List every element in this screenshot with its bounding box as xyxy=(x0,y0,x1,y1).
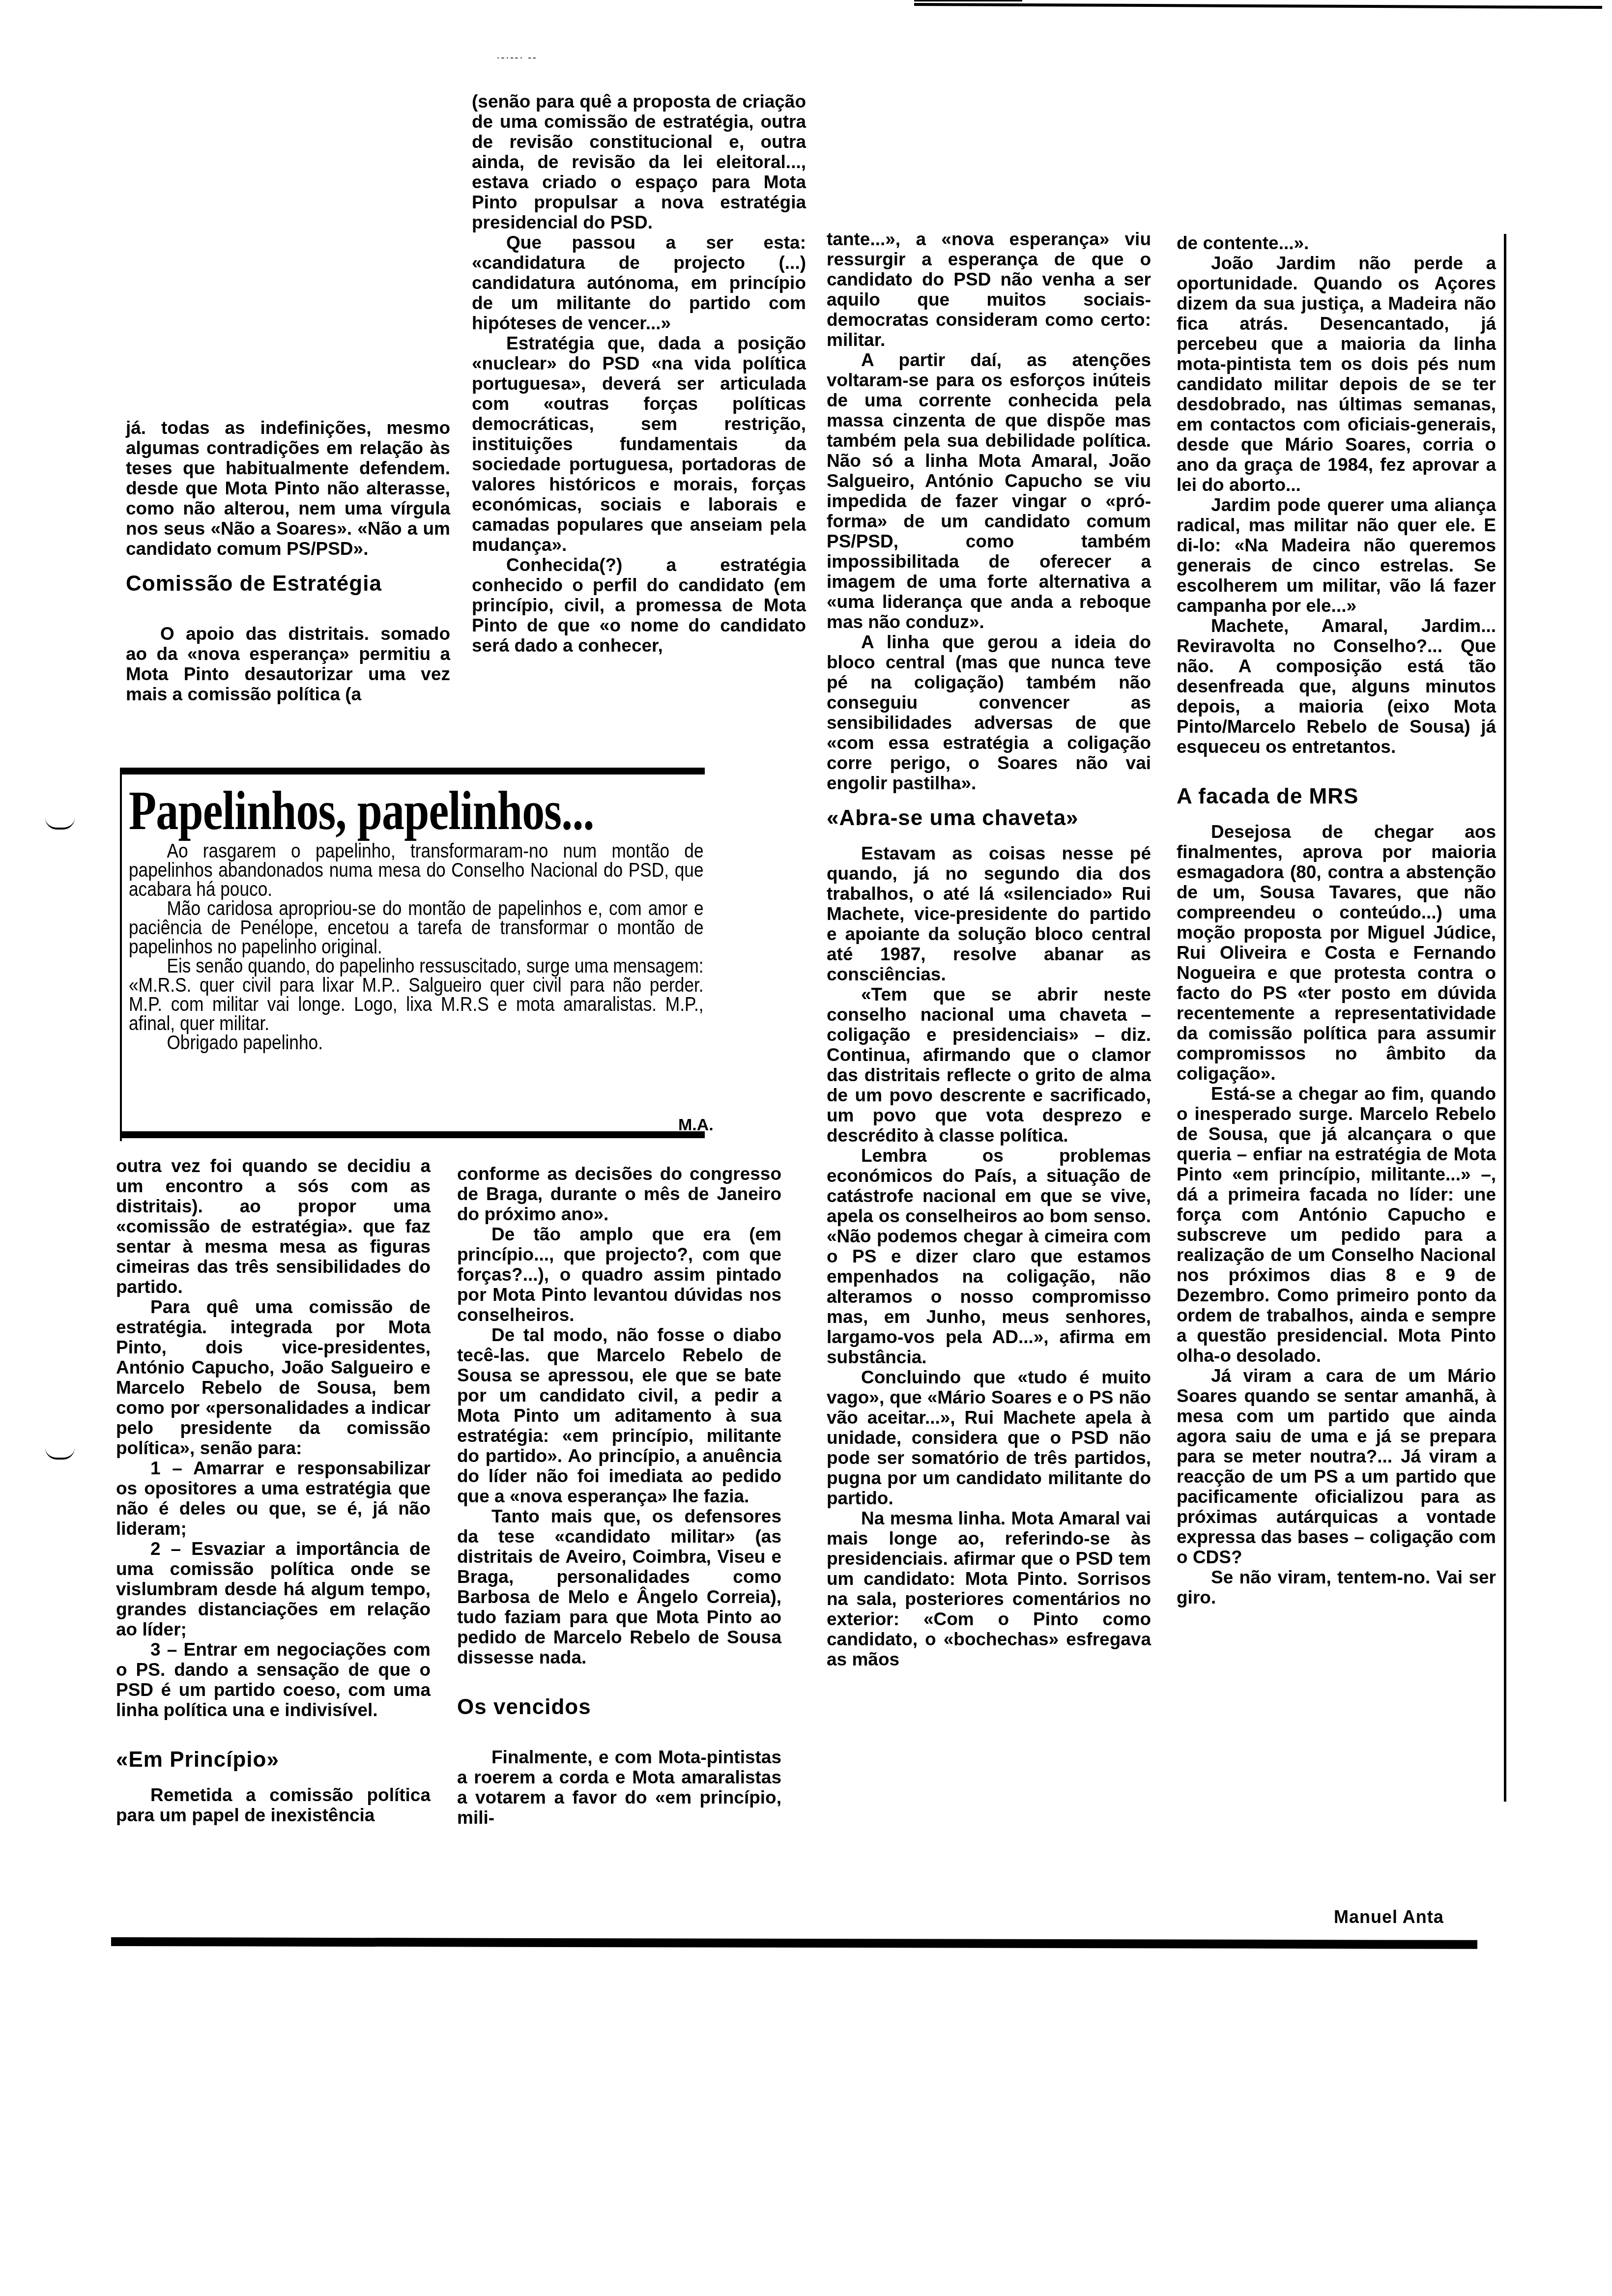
body-paragraph: Desejosa de chegar aos finalmentes, apro… xyxy=(1177,822,1496,1084)
list-item: 1 – Amarrar e responsabilizar os oposito… xyxy=(116,1458,431,1539)
body-paragraph: De tão amplo que era (em princípio..., q… xyxy=(457,1224,781,1325)
body-paragraph: já. todas as indefinições, mesmo algumas… xyxy=(126,418,450,559)
box-paragraph: Mão caridosa apropriou-se do montão de p… xyxy=(129,899,704,956)
body-paragraph: Machete, Amaral, Jardim... Reviravolta n… xyxy=(1177,616,1496,757)
body-paragraph: (senão para quê a proposta de criação de… xyxy=(472,91,806,232)
scan-bracket-mark xyxy=(45,818,75,830)
column-2-bottom: conforme as decisões do congresso de Bra… xyxy=(457,1164,781,1828)
box-bottom-rule xyxy=(120,1131,705,1138)
body-paragraph: outra vez foi quando se decidiu a um enc… xyxy=(116,1156,431,1297)
author-signature: Manuel Anta xyxy=(1334,1907,1444,1927)
body-paragraph: conforme as decisões do congresso de Bra… xyxy=(457,1164,781,1224)
body-paragraph: A partir daí, as atenções voltaram-se pa… xyxy=(827,350,1151,632)
body-paragraph: Se não viram, tentem-no. Vai ser giro. xyxy=(1177,1567,1496,1607)
section-heading-facada: A facada de MRS xyxy=(1177,784,1496,809)
body-paragraph: Na mesma linha. Mota Amaral vai mais lon… xyxy=(827,1508,1151,1669)
scan-edge-mark xyxy=(914,3,1602,9)
column-rule xyxy=(1504,234,1506,1802)
box-paragraph: Obrigado papelinho. xyxy=(129,1033,704,1052)
body-paragraph: Remetida a comissão política para um pap… xyxy=(116,1785,431,1825)
bottom-rule xyxy=(111,1937,1477,1949)
body-paragraph: Para quê uma comissão de estratégia. int… xyxy=(116,1297,431,1458)
body-paragraph: O apoio das distritais. somado ao da «no… xyxy=(126,624,450,704)
section-heading-chaveta: «Abra-se uma chaveta» xyxy=(827,806,1151,831)
body-paragraph: Tanto mais que, os defensores da tese «c… xyxy=(457,1506,781,1667)
column-3: tante...», a «nova esperança» viu ressur… xyxy=(827,229,1151,1669)
section-heading-principio: «Em Princípio» xyxy=(116,1748,431,1772)
body-paragraph: Que passou a ser esta: «candidatura de p… xyxy=(472,232,806,333)
sidebar-box-body: Ao rasgarem o papelinho, transformaram-n… xyxy=(129,841,704,1052)
scan-edge-mark xyxy=(914,0,1022,1)
section-heading-vencidos: Os vencidos xyxy=(457,1695,781,1720)
box-paragraph: Eis senão quando, do papelinho ressuscit… xyxy=(129,956,704,1033)
scan-bracket-mark xyxy=(45,1448,75,1460)
body-paragraph: Já viram a cara de um Mário Soares quand… xyxy=(1177,1366,1496,1567)
body-paragraph: De tal modo, não fosse o diabo tecê-las.… xyxy=(457,1325,781,1506)
body-paragraph: Lembra os problemas económicos do País, … xyxy=(827,1146,1151,1367)
column-1-top: já. todas as indefinições, mesmo algumas… xyxy=(126,418,450,704)
body-paragraph: Estratégia que, dada a posição «nuclear»… xyxy=(472,333,806,555)
body-paragraph: Concluindo que «tudo é muito vago», que … xyxy=(827,1367,1151,1508)
print-smudge: ·-·--· -- xyxy=(496,51,537,64)
body-paragraph: Está-se a chegar ao fim, quando o inespe… xyxy=(1177,1084,1496,1366)
box-top-rule xyxy=(120,768,705,775)
box-paragraph: Ao rasgarem o papelinho, transformaram-n… xyxy=(129,841,704,899)
body-paragraph: Finalmente, e com Mota-pintistas a roere… xyxy=(457,1747,781,1828)
body-paragraph: Jardim pode querer uma aliança radical, … xyxy=(1177,495,1496,616)
list-item: 3 – Entrar em negociações com o PS. dand… xyxy=(116,1639,431,1720)
body-paragraph: tante...», a «nova esperança» viu ressur… xyxy=(827,229,1151,350)
body-paragraph: Estavam as coisas nesse pé quando, já no… xyxy=(827,843,1151,984)
section-heading-comissao: Comissão de Estratégia xyxy=(126,572,450,596)
body-paragraph: «Tem que se abrir neste conselho naciona… xyxy=(827,984,1151,1146)
column-2-top: (senão para quê a proposta de criação de… xyxy=(472,91,806,656)
body-paragraph: de contente...». xyxy=(1177,233,1496,253)
body-paragraph: A linha que gerou a ideia do bloco centr… xyxy=(827,632,1151,793)
column-1-bottom: outra vez foi quando se decidiu a um enc… xyxy=(116,1156,431,1825)
sidebar-box-title: Papelinhos, papelinhos... xyxy=(129,781,594,840)
body-paragraph: Conhecida(?) a estratégia conhecido o pe… xyxy=(472,555,806,656)
list-item: 2 – Esvaziar a importância de uma comiss… xyxy=(116,1539,431,1639)
body-paragraph: João Jardim não perde a oportunidade. Qu… xyxy=(1177,253,1496,495)
column-4: de contente...». João Jardim não perde a… xyxy=(1177,233,1496,1607)
